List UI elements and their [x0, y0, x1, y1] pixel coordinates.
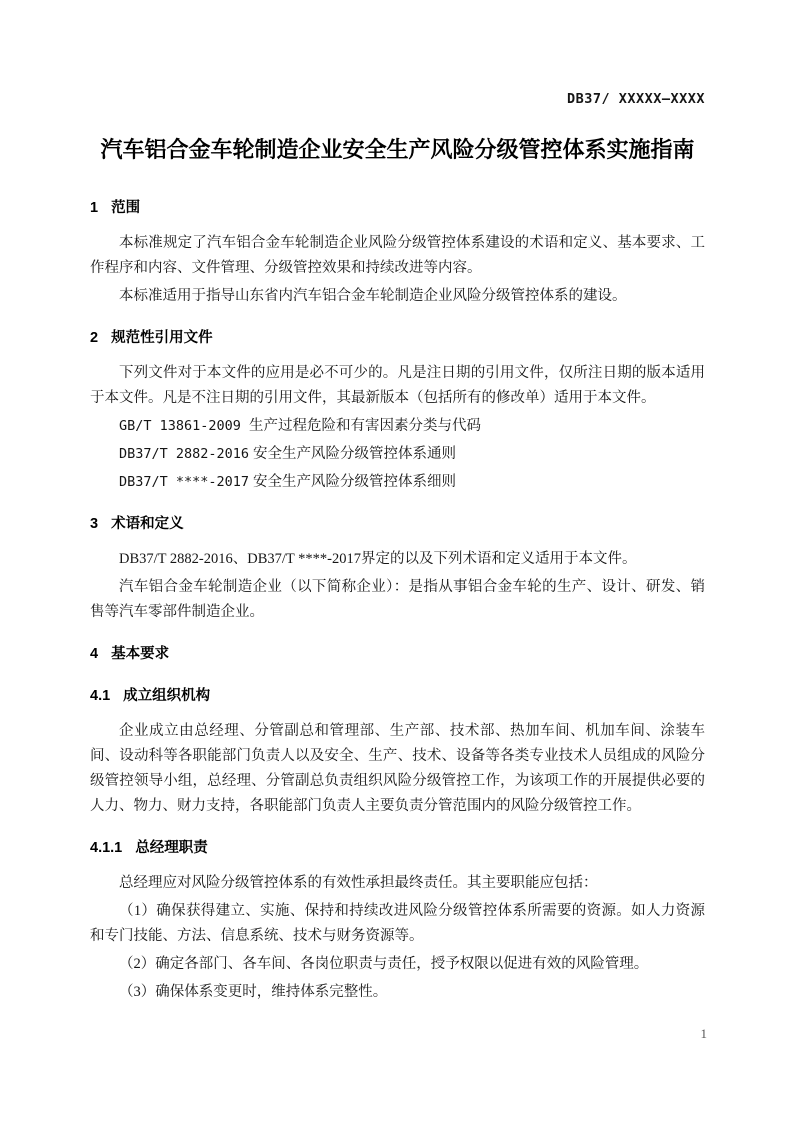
- document-title: 汽车铝合金车轮制造企业安全生产风险分级管控体系实施指南: [90, 135, 705, 165]
- reference-code: DB37/T ****-2017: [119, 470, 249, 495]
- page-content: DB37/ XXXXX—XXXX 汽车铝合金车轮制造企业安全生产风险分级管控体系…: [0, 0, 793, 1005]
- reference-title: 安全生产风险分级管控体系细则: [253, 474, 456, 490]
- section-1-number: 1: [90, 196, 98, 221]
- reference-entry: DB37/T 2882-2016安全生产风险分级管控体系通则: [90, 442, 705, 467]
- section-1-paragraph-1: 本标准规定了汽车铝合金车轮制造企业风险分级管控体系建设的术语和定义、基本要求、工…: [90, 231, 705, 281]
- reference-code: DB37/T 2882-2016: [119, 442, 249, 467]
- reference-code: GB/T 13861-2009: [119, 414, 245, 439]
- section-4-1-1-number: 4.1.1: [90, 836, 122, 861]
- reference-title: 生产过程危险和有害因素分类与代码: [249, 418, 481, 434]
- section-2-paragraph-1: 下列文件对于本文件的应用是必不可少的。凡是注日期的引用文件，仅所注日期的版本适用…: [90, 361, 705, 411]
- standard-code-header: DB37/ XXXXX—XXXX: [90, 90, 705, 108]
- section-4-1-1-heading: 4.1.1总经理职责: [90, 836, 705, 861]
- section-3-paragraph-2: 汽车铝合金车轮制造企业（以下简称企业）：是指从事铝合金车轮的生产、设计、研发、销…: [90, 575, 705, 625]
- section-1-paragraph-2: 本标准适用于指导山东省内汽车铝合金车轮制造企业风险分级管控体系的建设。: [90, 284, 705, 309]
- section-4-1-1-paragraph-1: 总经理应对风险分级管控体系的有效性承担最终责任。其主要职能应包括：: [90, 871, 705, 896]
- page-number: 1: [701, 1026, 708, 1042]
- reference-title: 安全生产风险分级管控体系通则: [253, 446, 456, 462]
- reference-entry: GB/T 13861-2009生产过程危险和有害因素分类与代码: [90, 414, 705, 439]
- section-1-heading: 1范围: [90, 196, 705, 221]
- section-2-number: 2: [90, 326, 98, 351]
- document-page: DB37/ XXXXX—XXXX 汽车铝合金车轮制造企业安全生产风险分级管控体系…: [0, 0, 793, 1122]
- section-4-1-heading: 4.1成立组织机构: [90, 684, 705, 709]
- section-3-paragraph-1: DB37/T 2882-2016、DB37/T ****-2017界定的以及下列…: [90, 547, 705, 572]
- section-4-1-1-title: 总经理职责: [135, 840, 208, 856]
- duty-item-1: （1）确保获得建立、实施、保持和持续改进风险分级管控体系所需要的资源。如人力资源…: [90, 899, 705, 949]
- reference-entry: DB37/T ****-2017安全生产风险分级管控体系细则: [90, 470, 705, 495]
- section-4-1-number: 4.1: [90, 684, 110, 709]
- section-4-1-paragraph-1: 企业成立由总经理、分管副总和管理部、生产部、技术部、热加车间、机加车间、涂装车间…: [90, 719, 705, 819]
- duty-item-3: （3）确保体系变更时，维持体系完整性。: [90, 980, 705, 1005]
- section-4-1-title: 成立组织机构: [123, 688, 210, 704]
- section-2-title: 规范性引用文件: [111, 330, 213, 346]
- section-2-heading: 2规范性引用文件: [90, 326, 705, 351]
- section-3-heading: 3术语和定义: [90, 512, 705, 537]
- section-4-number: 4: [90, 642, 98, 667]
- duty-item-2: （2）确定各部门、各车间、各岗位职责与责任，授予权限以促进有效的风险管理。: [90, 952, 705, 977]
- section-1-title: 范围: [111, 200, 140, 216]
- section-4-title: 基本要求: [111, 646, 169, 662]
- section-3-number: 3: [90, 512, 98, 537]
- section-4-heading: 4基本要求: [90, 642, 705, 667]
- section-3-title: 术语和定义: [111, 516, 184, 532]
